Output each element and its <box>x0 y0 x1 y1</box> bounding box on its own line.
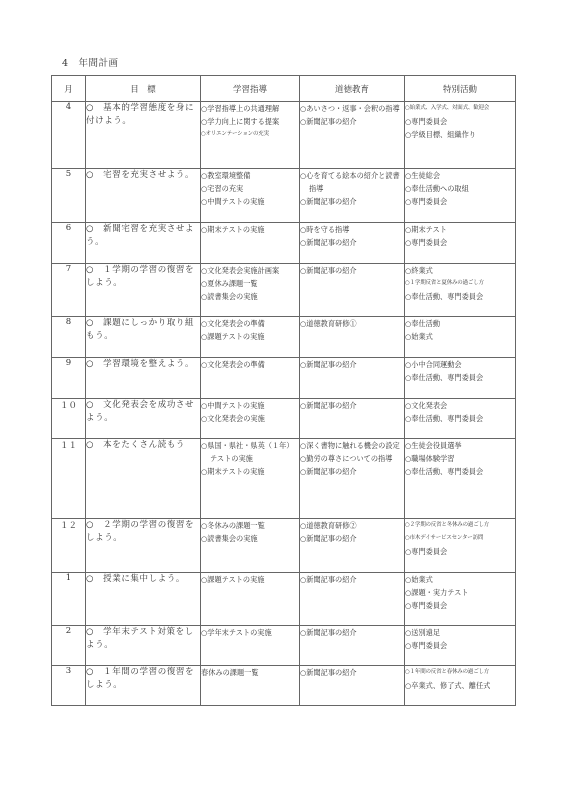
moral-cell: ○心を育てる絵本の紹介と読書指導○新聞記事の紹介 <box>300 169 405 223</box>
table-row: 7○ １学期の学習の復習をしよう。○文化発表会実施計画案○夏休み課題一覧○読書集… <box>52 264 516 317</box>
special-item: ○課題・実力テスト <box>405 586 515 599</box>
study-item: ○中間テストの実施 <box>201 399 299 412</box>
moral-item: ○新聞記事の紹介 <box>300 666 404 679</box>
table-row: 8○ 課題にしっかり取り組もう。○文化発表会の準備○課題テストの実施○道徳教育研… <box>52 317 516 358</box>
special-item: ○小中合同運動会 <box>405 358 515 371</box>
moral-item: ○時を守る指導 <box>300 223 404 236</box>
moral-item: ○深く書物に触れる機会の設定 <box>300 439 404 452</box>
goal-text: ○ 授業に集中しよう。 <box>86 573 200 586</box>
special-item: ○職場体験学習 <box>405 452 515 465</box>
special-item: ○奉仕活動、専門委員会 <box>405 371 515 384</box>
study-item: ○学力向上に関する提案 <box>201 115 299 128</box>
special-item: ○１学期反省と夏休みの過ごし方 <box>405 277 515 290</box>
moral-cell: ○新聞記事の紹介 <box>300 264 405 317</box>
study-item: ○文化発表会の実施 <box>201 412 299 425</box>
goal-cell: ○ 課題にしっかり取り組もう。 <box>86 317 201 358</box>
moral-cell: ○新聞記事の紹介 <box>300 399 405 439</box>
special-item: ○始業式 <box>405 573 515 586</box>
goal-text: ○ 宅習を充実させよう。 <box>86 169 200 182</box>
study-item: ○宅習の充実 <box>201 182 299 195</box>
moral-cell: ○新聞記事の紹介 <box>300 666 405 706</box>
study-cell: ○文化発表会実施計画案○夏休み課題一覧○読書集会の実施 <box>201 264 300 317</box>
study-item: ○オリエンテーションの充実 <box>201 128 299 141</box>
special-item: ○文化発表会 <box>405 399 515 412</box>
moral-item: ○勤労の尊さについての指導 <box>300 452 404 465</box>
moral-item: ○新聞記事の紹介 <box>300 115 404 128</box>
study-item: ○学習指導上の共通理解 <box>201 102 299 115</box>
study-item: ○教室環境整備 <box>201 169 299 182</box>
table-row: １０○ 文化発表会を成功させよう。○中間テストの実施○文化発表会の実施○新聞記事… <box>52 399 516 439</box>
header-study-guidance: 学習指導 <box>201 76 300 102</box>
moral-cell: ○新聞記事の紹介 <box>300 573 405 626</box>
study-item: 春休みの課題一覧 <box>201 666 299 679</box>
moral-cell: ○時を守る指導○新聞記事の紹介 <box>300 223 405 264</box>
table-row: 3○ １年間の学習の復習をしよう。春休みの課題一覧○新聞記事の紹介○１年間の反省… <box>52 666 516 706</box>
month-cell: 2 <box>52 626 86 666</box>
study-cell: ○学年末テストの実施 <box>201 626 300 666</box>
special-cell: ○生徒総会○奉仕活動への取組○専門委員会 <box>405 169 516 223</box>
moral-cell: ○新聞記事の紹介 <box>300 626 405 666</box>
special-item: ○専門委員会 <box>405 639 515 652</box>
moral-item: ○道徳教育研修① <box>300 317 404 330</box>
study-cell: ○学習指導上の共通理解○学力向上に関する提案○オリエンテーションの充実 <box>201 102 300 169</box>
special-item: ○学級目標、組織作り <box>405 128 515 141</box>
moral-cell: ○あいさつ・返事・会釈の指導○新聞記事の紹介 <box>300 102 405 169</box>
special-item: ○専門委員会 <box>405 545 515 558</box>
month-cell: １０ <box>52 399 86 439</box>
study-item: ○読書集会の実施 <box>201 532 299 545</box>
study-item: ○冬休みの課題一覧 <box>201 519 299 532</box>
goal-text: ○ 基本的学習態度を身に付けよう。 <box>86 102 200 128</box>
moral-item: ○新聞記事の紹介 <box>300 236 404 249</box>
moral-item: ○新聞記事の紹介 <box>300 264 404 277</box>
special-cell: ○生徒会役員選挙○職場体験学習○奉仕活動、専門委員会 <box>405 439 516 519</box>
special-item: ○始業式 <box>405 330 515 343</box>
special-item: ○奉仕活動、専門委員会 <box>405 412 515 425</box>
study-item: ○県国・県社・県英（１年）テストの実施 <box>201 439 299 465</box>
header-moral-education: 道徳教育 <box>300 76 405 102</box>
special-item: ○生徒総会 <box>405 169 515 182</box>
goal-text: ○ ２学期の学習の復習をしよう。 <box>86 519 200 545</box>
moral-item: ○心を育てる絵本の紹介と読書指導 <box>300 169 404 195</box>
moral-cell: ○道徳教育研修① <box>300 317 405 358</box>
goal-cell: ○ 基本的学習態度を身に付けよう。 <box>86 102 201 169</box>
special-item: ○奉仕活動への取組 <box>405 182 515 195</box>
special-item: ○１年間の反省と春休みの過ごし方 <box>405 666 515 679</box>
goal-cell: ○ 本をたくさん読もう <box>86 439 201 519</box>
special-item: ○奉仕活動 <box>405 317 515 330</box>
special-cell: ○２学期の反省と冬休みの過ごし方○市木デイサービスセンター訪問○専門委員会 <box>405 519 516 573</box>
special-item: ○市木デイサービスセンター訪問 <box>405 532 515 545</box>
special-item: ○終業式 <box>405 264 515 277</box>
moral-item: ○新聞記事の紹介 <box>300 195 404 208</box>
annual-plan-table: 月 目 標 学習指導 道徳教育 特別活動 4○ 基本的学習態度を身に付けよう。○… <box>51 75 516 706</box>
special-cell: ○期末テスト○専門委員会 <box>405 223 516 264</box>
study-item: ○課題テストの実施 <box>201 330 299 343</box>
study-cell: 春休みの課題一覧 <box>201 666 300 706</box>
special-item: ○送別遠足 <box>405 626 515 639</box>
special-cell: ○１年間の反省と春休みの過ごし方○卒業式、修了式、離任式 <box>405 666 516 706</box>
special-item: ○始業式、入学式、対面式、歓迎会 <box>405 102 515 115</box>
month-cell: 7 <box>52 264 86 317</box>
goal-text: ○ 学年末テスト対策をしよう。 <box>86 626 200 652</box>
header-goal: 目 標 <box>86 76 201 102</box>
study-item: ○期末テストの実施 <box>201 465 299 478</box>
month-cell: 4 <box>52 102 86 169</box>
table-row: 9○ 学習環境を整えよう。○文化発表会の準備○新聞記事の紹介○小中合同運動会○奉… <box>52 358 516 399</box>
special-item: ○奉仕活動、専門委員会 <box>405 290 515 303</box>
special-cell: ○始業式、入学式、対面式、歓迎会○専門委員会○学級目標、組織作り <box>405 102 516 169</box>
month-cell: 3 <box>52 666 86 706</box>
moral-cell: ○道徳教育研修②○新聞記事の紹介 <box>300 519 405 573</box>
study-cell: ○県国・県社・県英（１年）テストの実施○期末テストの実施 <box>201 439 300 519</box>
study-cell: ○期末テストの実施 <box>201 223 300 264</box>
special-item: ○専門委員会 <box>405 195 515 208</box>
goal-cell: ○ １学期の学習の復習をしよう。 <box>86 264 201 317</box>
table-body: 4○ 基本的学習態度を身に付けよう。○学習指導上の共通理解○学力向上に関する提案… <box>52 102 516 706</box>
moral-cell: ○深く書物に触れる機会の設定○勤労の尊さについての指導○新聞記事の紹介 <box>300 439 405 519</box>
special-cell: ○文化発表会○奉仕活動、専門委員会 <box>405 399 516 439</box>
section-title: 4 年間計画 <box>62 55 119 69</box>
goal-text: ○ １学期の学習の復習をしよう。 <box>86 264 200 290</box>
goal-cell: ○ 新聞宅習を充実させよう。 <box>86 223 201 264</box>
month-cell: 8 <box>52 317 86 358</box>
special-item: ○卒業式、修了式、離任式 <box>405 679 515 692</box>
study-cell: ○文化発表会の準備○課題テストの実施 <box>201 317 300 358</box>
goal-text: ○ １年間の学習の復習をしよう。 <box>86 666 200 692</box>
special-item: ○専門委員会 <box>405 599 515 612</box>
moral-item: ○新聞記事の紹介 <box>300 465 404 478</box>
table-header-row: 月 目 標 学習指導 道徳教育 特別活動 <box>52 76 516 102</box>
moral-item: ○新聞記事の紹介 <box>300 399 404 412</box>
month-cell: 9 <box>52 358 86 399</box>
special-cell: ○送別遠足○専門委員会 <box>405 626 516 666</box>
goal-text: ○ 課題にしっかり取り組もう。 <box>86 317 200 343</box>
table-row: 2○ 学年末テスト対策をしよう。○学年末テストの実施○新聞記事の紹介○送別遠足○… <box>52 626 516 666</box>
study-item: ○課題テストの実施 <box>201 573 299 586</box>
moral-item: ○新聞記事の紹介 <box>300 626 404 639</box>
study-item: ○夏休み課題一覧 <box>201 277 299 290</box>
moral-item: ○道徳教育研修② <box>300 519 404 532</box>
goal-cell: ○ 宅習を充実させよう。 <box>86 169 201 223</box>
study-item: ○文化発表会の準備 <box>201 317 299 330</box>
moral-cell: ○新聞記事の紹介 <box>300 358 405 399</box>
study-cell: ○課題テストの実施 <box>201 573 300 626</box>
goal-text: ○ 文化発表会を成功させよう。 <box>86 399 200 425</box>
month-cell: １２ <box>52 519 86 573</box>
goal-cell: ○ 学年末テスト対策をしよう。 <box>86 626 201 666</box>
moral-item: ○新聞記事の紹介 <box>300 573 404 586</box>
month-cell: 6 <box>52 223 86 264</box>
study-item: ○文化発表会実施計画案 <box>201 264 299 277</box>
moral-item: ○あいさつ・返事・会釈の指導 <box>300 102 404 115</box>
goal-text: ○ 新聞宅習を充実させよう。 <box>86 223 200 249</box>
table-row: 5○ 宅習を充実させよう。○教室環境整備○宅習の充実○中間テストの実施○心を育て… <box>52 169 516 223</box>
goal-cell: ○ １年間の学習の復習をしよう。 <box>86 666 201 706</box>
study-item: ○期末テストの実施 <box>201 223 299 236</box>
goal-text: ○ 本をたくさん読もう <box>86 439 200 452</box>
table-row: 6○ 新聞宅習を充実させよう。○期末テストの実施○時を守る指導○新聞記事の紹介○… <box>52 223 516 264</box>
special-item: ○２学期の反省と冬休みの過ごし方 <box>405 519 515 532</box>
moral-item: ○新聞記事の紹介 <box>300 532 404 545</box>
special-item: ○奉仕活動、専門委員会 <box>405 465 515 478</box>
special-item: ○期末テスト <box>405 223 515 236</box>
special-cell: ○小中合同運動会○奉仕活動、専門委員会 <box>405 358 516 399</box>
special-cell: ○始業式○課題・実力テスト○専門委員会 <box>405 573 516 626</box>
goal-cell: ○ 文化発表会を成功させよう。 <box>86 399 201 439</box>
table-row: 4○ 基本的学習態度を身に付けよう。○学習指導上の共通理解○学力向上に関する提案… <box>52 102 516 169</box>
goal-text: ○ 学習環境を整えよう。 <box>86 358 200 371</box>
study-cell: ○中間テストの実施○文化発表会の実施 <box>201 399 300 439</box>
goal-cell: ○ 学習環境を整えよう。 <box>86 358 201 399</box>
study-cell: ○冬休みの課題一覧○読書集会の実施 <box>201 519 300 573</box>
goal-cell: ○ ２学期の学習の復習をしよう。 <box>86 519 201 573</box>
special-item: ○生徒会役員選挙 <box>405 439 515 452</box>
study-item: ○文化発表会の準備 <box>201 358 299 371</box>
header-special-activities: 特別活動 <box>405 76 516 102</box>
table-row: １１○ 本をたくさん読もう○県国・県社・県英（１年）テストの実施○期末テストの実… <box>52 439 516 519</box>
study-item: ○中間テストの実施 <box>201 195 299 208</box>
special-item: ○専門委員会 <box>405 115 515 128</box>
moral-item: ○新聞記事の紹介 <box>300 358 404 371</box>
study-item: ○学年末テストの実施 <box>201 626 299 639</box>
month-cell: １１ <box>52 439 86 519</box>
special-cell: ○奉仕活動○始業式 <box>405 317 516 358</box>
study-cell: ○教室環境整備○宅習の充実○中間テストの実施 <box>201 169 300 223</box>
goal-cell: ○ 授業に集中しよう。 <box>86 573 201 626</box>
special-cell: ○終業式○１学期反省と夏休みの過ごし方○奉仕活動、専門委員会 <box>405 264 516 317</box>
header-month: 月 <box>52 76 86 102</box>
study-cell: ○文化発表会の準備 <box>201 358 300 399</box>
table-row: 1○ 授業に集中しよう。○課題テストの実施○新聞記事の紹介○始業式○課題・実力テ… <box>52 573 516 626</box>
special-item: ○専門委員会 <box>405 236 515 249</box>
study-item: ○読書集会の実施 <box>201 290 299 303</box>
table-row: １２○ ２学期の学習の復習をしよう。○冬休みの課題一覧○読書集会の実施○道徳教育… <box>52 519 516 573</box>
month-cell: 1 <box>52 573 86 626</box>
month-cell: 5 <box>52 169 86 223</box>
